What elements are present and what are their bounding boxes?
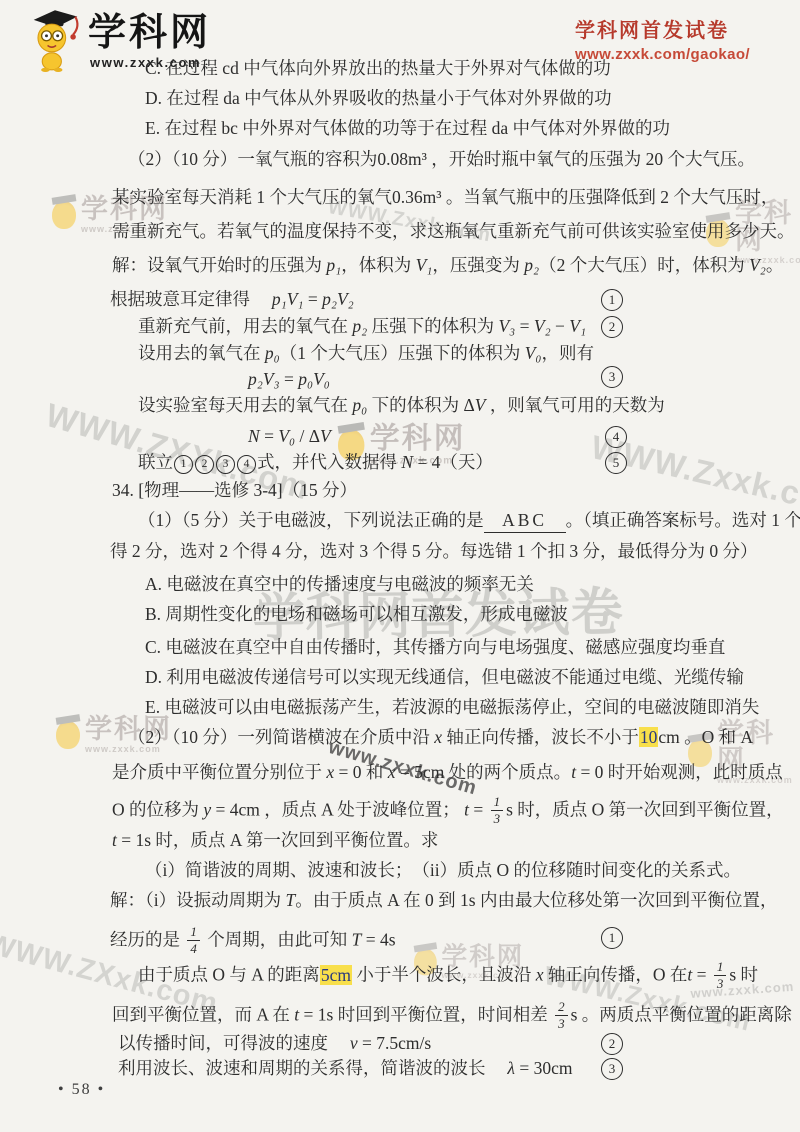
page-number: • 58 •	[58, 1081, 105, 1099]
text-line-6: 解：设氧气开始时的压强为 p₁，体积为 V₁，压强变为 p₂（2 个大气压）时，…	[112, 255, 783, 277]
text-line-14: 34. [物理——选修 3-4]（15 分）	[112, 480, 357, 502]
text-line-22: （2）（10 分）一列简谐横波在介质中沿 x 轴正向传播，波长不小于10cm 。…	[128, 727, 753, 749]
text-line-9: 设用去的氧气在 p₀（1 个大气压）压强下的体积为 V₀，则有	[138, 343, 594, 365]
text-line-3: （2）（10 分）一氧气瓶的容积为0.08m³ ，开始时瓶中氧气的压强为 20 …	[128, 149, 755, 171]
equation-number: 3	[600, 1058, 624, 1080]
text-line-5: 需重新充气。若氧气的温度保持不变，求这瓶氧气重新充气前可供该实验室使用多少天。	[112, 221, 795, 243]
text-line-29: 由于质点 O 与 A 的距离5cm 小于半个波长，且波沿 x 轴正向传播，O 在…	[138, 960, 758, 990]
equation-number: 1	[600, 927, 624, 949]
banner-title: 学科网首发试卷	[575, 14, 750, 43]
text-line-24: O 的位移为 y = 4cm ，质点 A 处于波峰位置； t = 13s 时，质…	[112, 795, 784, 825]
equation-number: 4	[604, 426, 628, 448]
text-line-31: 以传播时间，可得波的速度 v = 7.5cm/s	[118, 1033, 431, 1055]
mascot-watermark-icon	[56, 721, 80, 749]
text-line-15: （1）（5 分）关于电磁波，下列说法正确的是ABC。（填正确答案标号。选对 1 …	[138, 510, 800, 533]
equation-number: 5	[604, 452, 628, 474]
text-line-11: 设实验室每天用去的氧气在 p₀ 下的体积为 ΔV ，则氧气可用的天数为	[138, 395, 665, 417]
text-line-8: 重新充气前，用去的氧气在 p₂ 压强下的体积为 V₃ = V₂ − V₁	[138, 316, 586, 338]
text-line-12: N = V₀ / ΔV	[248, 426, 331, 448]
text-line-16: 得 2 分，选对 2 个得 4 分，选对 3 个得 5 分。每选错 1 个扣 3…	[110, 541, 758, 563]
text-line-21: E. 电磁波可以由电磁振荡产生，若波源的电磁振荡停止，空间的电磁波随即消失	[145, 697, 759, 719]
text-line-13: 联立1234式，并代入数据得 N = 4（天）	[138, 452, 493, 474]
text-line-1: D. 在过程 da 中气体从外界吸收的热量小于气体对外界做的功	[145, 88, 612, 110]
text-line-23: 是介质中平衡位置分别位于 x = 0 和 x = 5cm 处的两个质点。t = …	[112, 762, 783, 784]
site-name: 学科网	[88, 14, 211, 52]
text-line-18: B. 周期性变化的电场和磁场可以相互激发，形成电磁波	[145, 604, 568, 626]
text-line-25: t = 1s 时，质点 A 第一次回到平衡位置。求	[112, 830, 438, 852]
equation-number: 2	[600, 316, 624, 338]
text-line-27: 解：（i）设振动周期为 T。由于质点 A 在 0 到 1s 内由最大位移处第一次…	[110, 890, 777, 912]
text-line-17: A. 电磁波在真空中的传播速度与电磁波的频率无关	[145, 574, 534, 596]
text-line-4: 某实验室每天消耗 1 个大气压的氧气0.36m³ 。当氧气瓶中的压强降低到 2 …	[112, 187, 778, 209]
text-line-0: C. 在过程 cd 中气体向外界放出的热量大于外界对气体做的功	[145, 58, 611, 80]
text-line-32: 利用波长、波速和周期的关系得，简谐波的波长 λ = 30cm	[118, 1058, 572, 1080]
text-line-10: p₂V₃ = p₀V₀	[248, 369, 330, 391]
equation-number: 2	[600, 1033, 624, 1055]
banner: 学科网首发试卷 www.zxxk.com/gaokao/	[575, 14, 750, 63]
text-line-28: 经历的是 14 个周期，由此可知 T = 4s	[110, 925, 396, 955]
mascot-watermark-icon	[52, 201, 76, 229]
mascot-icon	[26, 6, 84, 72]
text-line-19: C. 电磁波在真空中自由传播时，其传播方向与电场强度、磁感应强度均垂直	[145, 637, 725, 659]
text-line-7: 根据玻意耳定律得 p₁V₁ = p₂V₂	[110, 289, 354, 311]
text-line-26: （i）简谐波的周期、波速和波长； （ii）质点 O 的位移随时间变化的关系式。	[145, 860, 741, 882]
text-line-20: D. 利用电磁波传递信号可以实现无线通信，但电磁波不能通过电缆、光缆传输	[145, 667, 744, 689]
equation-number: 1	[600, 289, 624, 311]
text-line-30: 回到平衡位置，而 A 在 t = 1s 时回到平衡位置，时间相差 23s 。两质…	[112, 1000, 792, 1030]
equation-number: 3	[600, 366, 624, 388]
text-line-2: E. 在过程 bc 中外界对气体做的功等于在过程 da 中气体对外界做的功	[145, 118, 670, 140]
scanned-exam-page: 学科网 www.zxxk.com 学科网首发试卷 www.zxxk.com/ga…	[0, 0, 800, 1132]
